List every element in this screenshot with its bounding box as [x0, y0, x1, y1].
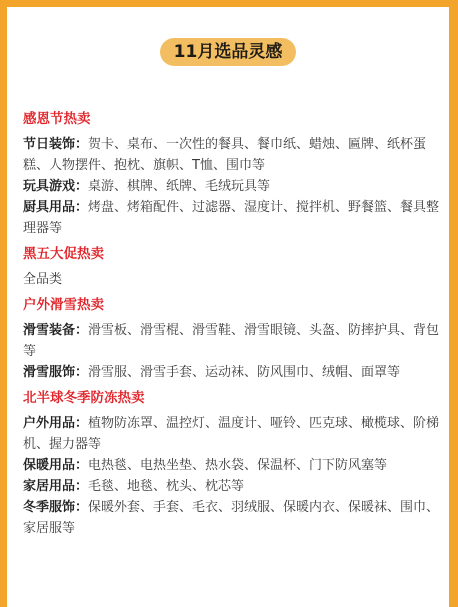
item-value: 滑雪服、滑雪手套、运动袜、防风围巾、绒帽、面罩等 [88, 365, 400, 380]
item-label: 玩具游戏： [23, 179, 88, 194]
section-skiing: 户外滑雪热卖 滑雪装备：滑雪板、滑雪棍、滑雪鞋、滑雪眼镜、头盔、防摔护具、背包等… [23, 296, 443, 383]
list-item: 家居用品：毛毯、地毯、枕头、枕芯等 [23, 476, 443, 497]
section-black-friday: 黑五大促热卖 全品类 [23, 245, 443, 290]
section-thanksgiving: 感恩节热卖 节日装饰：贺卡、桌布、一次性的餐具、餐巾纸、蜡烛、匾牌、纸杯蛋糕、人… [23, 110, 443, 239]
list-item: 滑雪服饰：滑雪服、滑雪手套、运动袜、防风围巾、绒帽、面罩等 [23, 362, 443, 383]
section-winter: 北半球冬季防冻热卖 户外用品：植物防冻罩、温控灯、温度计、哑铃、匹克球、橄榄球、… [23, 389, 443, 539]
item-value: 桌游、棋牌、纸牌、毛绒玩具等 [88, 179, 270, 194]
content-card: 11月选品灵感 感恩节热卖 节日装饰：贺卡、桌布、一次性的餐具、餐巾纸、蜡烛、匾… [7, 7, 449, 600]
item-label: 冬季服饰： [23, 500, 88, 515]
item-label: 节日装饰： [23, 137, 88, 152]
list-item: 玩具游戏：桌游、棋牌、纸牌、毛绒玩具等 [23, 176, 443, 197]
page-title: 11月选品灵感 [160, 38, 297, 66]
item-label: 滑雪装备： [23, 323, 88, 338]
item-label: 家居用品： [23, 479, 88, 494]
item-value: 毛毯、地毯、枕头、枕芯等 [88, 479, 244, 494]
item-value: 电热毯、电热坐垫、热水袋、保温杯、门下防风塞等 [88, 458, 387, 473]
section-heading: 感恩节热卖 [23, 110, 443, 129]
list-item: 冬季服饰：保暖外套、手套、毛衣、羽绒服、保暖内衣、保暖袜、围巾、家居服等 [23, 497, 443, 539]
list-item: 厨具用品：烤盘、烤箱配件、过滤器、湿度计、搅拌机、野餐篮、餐具整理器等 [23, 197, 443, 239]
list-item: 保暖用品：电热毯、电热坐垫、热水袋、保温杯、门下防风塞等 [23, 455, 443, 476]
item-label: 户外用品： [23, 416, 88, 431]
section-heading: 黑五大促热卖 [23, 245, 443, 264]
content: 感恩节热卖 节日装饰：贺卡、桌布、一次性的餐具、餐巾纸、蜡烛、匾牌、纸杯蛋糕、人… [23, 110, 443, 545]
section-heading: 户外滑雪热卖 [23, 296, 443, 315]
section-text: 全品类 [23, 269, 443, 290]
list-item: 滑雪装备：滑雪板、滑雪棍、滑雪鞋、滑雪眼镜、头盔、防摔护具、背包等 [23, 320, 443, 362]
list-item: 节日装饰：贺卡、桌布、一次性的餐具、餐巾纸、蜡烛、匾牌、纸杯蛋糕、人物摆件、抱枕… [23, 134, 443, 176]
list-item: 户外用品：植物防冻罩、温控灯、温度计、哑铃、匹克球、橄榄球、阶梯机、握力器等 [23, 413, 443, 455]
section-heading: 北半球冬季防冻热卖 [23, 389, 443, 408]
item-label: 厨具用品： [23, 200, 88, 215]
title-wrap: 11月选品灵感 [7, 38, 449, 66]
item-label: 滑雪服饰： [23, 365, 88, 380]
item-label: 保暖用品： [23, 458, 88, 473]
